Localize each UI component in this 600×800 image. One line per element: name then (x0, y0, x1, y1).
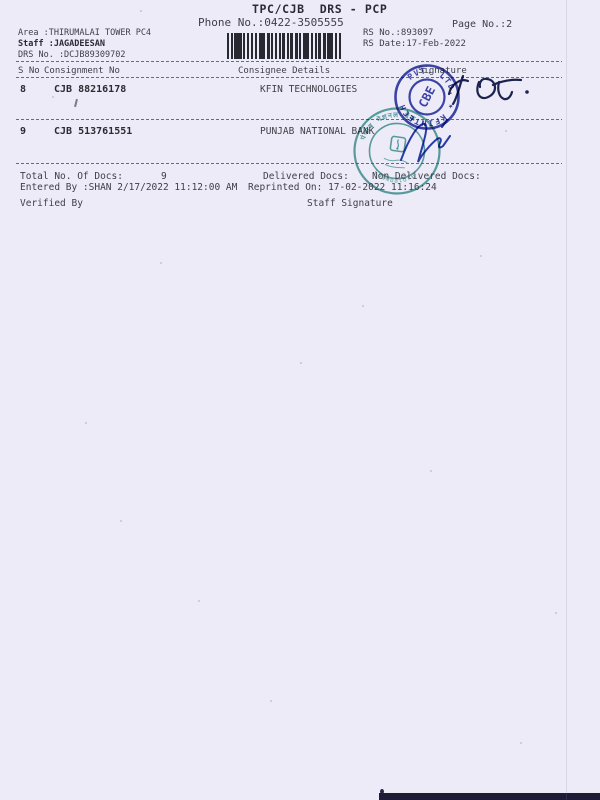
doc-title: TPC/CJB DRS - PCP (252, 4, 387, 15)
total-docs-value: 9 (161, 171, 167, 182)
reprinted-on-field: Reprinted On: 17-02-2022 11:16:24 (248, 182, 437, 193)
scanned-drs-document: TPC/CJB DRS - PCP Phone No.:0422-3505555… (0, 0, 600, 800)
paper-speck (480, 255, 482, 257)
row-sno: 8 (20, 84, 26, 95)
entered-by-field: Entered By :SHAN 2/17/2022 11:12:00 AM (20, 182, 237, 193)
col-header-consignment: Consignment No (44, 66, 120, 77)
paper-speck (198, 600, 200, 602)
row-sno: 9 (20, 126, 26, 137)
verified-by-label: Verified By (20, 198, 83, 209)
paper-edge (566, 0, 567, 800)
drs-no-field: DRS No. :DCJB89309702 (18, 50, 125, 61)
paper-speck (430, 470, 432, 472)
total-docs-label: Total No. Of Docs: (20, 171, 123, 182)
paper-speck (52, 96, 54, 98)
paper-speck (140, 10, 142, 12)
delivered-docs-label: Delivered Docs: (263, 171, 349, 182)
rs-date-field: RS Date:17-Feb-2022 (363, 39, 466, 50)
paper-speck (520, 742, 522, 744)
kfintech-center-text: CBE (416, 84, 438, 110)
col-header-sno: S No (18, 66, 40, 77)
col-header-consignee: Consignee Details (238, 66, 330, 77)
paper-speck (505, 130, 507, 132)
staff-signature-label: Staff Signature (307, 198, 393, 209)
area-field: Area :THIRUMALAI TOWER PC4 (18, 28, 151, 39)
paper-speck (555, 612, 557, 614)
paper-speck (85, 422, 87, 424)
paper-speck (330, 132, 332, 134)
paper-speck (362, 305, 364, 307)
phone-number: Phone No.:0422-3505555 (198, 17, 344, 28)
row-consignment-no: CJB 513761551 (54, 126, 132, 137)
stray-pen-mark (74, 99, 78, 107)
divider (16, 163, 562, 164)
paper-speck (270, 700, 272, 702)
divider (16, 119, 562, 120)
handwritten-signature-row9 (393, 110, 455, 174)
barcode-icon (227, 33, 341, 59)
rs-no-field: RS No.:893097 (363, 28, 433, 39)
row-consignment-no: CJB 88216178 (54, 84, 126, 95)
handwritten-signature-row8 (441, 70, 537, 114)
row-consignee: KFIN TECHNOLOGIES (260, 84, 357, 95)
staff-field: Staff :JAGADEESAN (18, 39, 105, 50)
paper-speck (300, 362, 302, 364)
page-number: Page No.:2 (452, 19, 512, 30)
paper-speck (160, 262, 162, 264)
non-delivered-docs-label: Non Delivered Docs: (372, 171, 481, 182)
paper-speck (120, 520, 122, 522)
divider (16, 61, 562, 62)
